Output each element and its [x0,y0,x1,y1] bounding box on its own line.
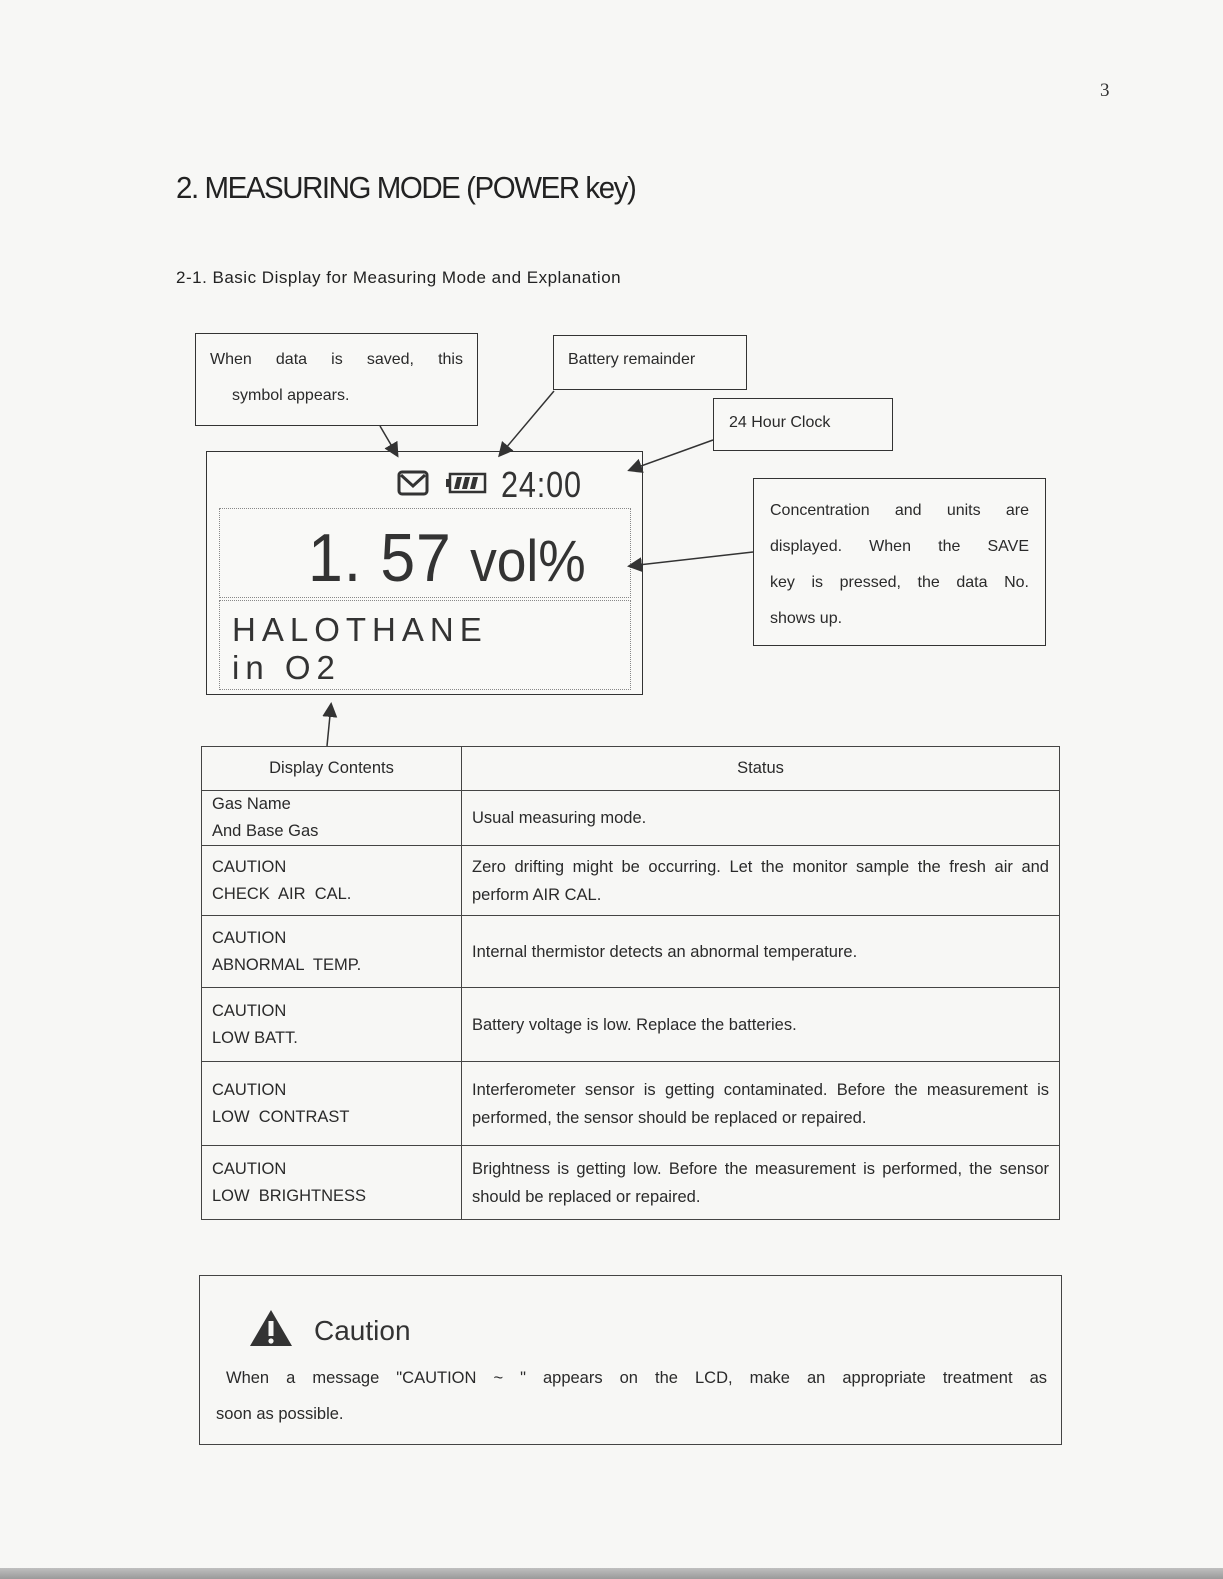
lcd-display: 24:00 1. 57 vol% HALOTHANE in O2 [206,451,643,695]
caution-heading: Caution [248,1308,411,1353]
scan-bottom-edge [0,1568,1223,1579]
status-cell: Internal thermistor detects an abnormal … [462,916,1060,988]
table-row: Gas NameAnd Base GasUsual measuring mode… [202,791,1060,846]
display-line: LOW CONTRAST [212,1104,451,1131]
page-number: 3 [1100,80,1110,102]
display-line: And Base Gas [212,818,451,845]
display-contents-cell: CAUTIONCHECK AIR CAL. [202,846,462,916]
lcd-status-bar: 24:00 [397,464,596,506]
concentration-value: 1. 57 [308,520,452,596]
warning-triangle-icon [248,1308,294,1353]
caution-text: When a message "CAUTION ~ " appears on t… [216,1360,1047,1432]
callout-save-line1: When data is saved, this [210,349,463,371]
callout-clock: 24 Hour Clock [713,398,893,451]
lcd-concentration: 1. 57 vol% [308,519,586,597]
display-contents-cell: CAUTIONLOW BATT. [202,988,462,1062]
lcd-value-area: 1. 57 vol% [219,508,631,598]
status-cell: Battery voltage is low. Replace the batt… [462,988,1060,1062]
table-header-row: Display Contents Status [202,747,1060,791]
callout-concentration: Concentration and units are displayed. W… [753,478,1046,646]
envelope-icon [397,470,429,501]
display-line: Gas Name [212,791,451,818]
section-title: 2. MEASURING MODE (POWER key) [176,170,635,206]
display-line: CAUTION [212,1077,451,1104]
caution-box: Caution When a message "CAUTION ~ " appe… [199,1275,1062,1445]
display-contents-cell: Gas NameAnd Base Gas [202,791,462,846]
display-line: CAUTION [212,998,451,1025]
callout-save-line2: symbol appears. [210,385,463,407]
concentration-unit: vol% [470,529,586,594]
table-row: CAUTIONLOW BRIGHTNESSBrightness is getti… [202,1146,1060,1220]
gas-name: HALOTHANE [232,611,488,649]
word: is [331,349,343,371]
callout-save-symbol: When data is saved, this symbol appears. [195,333,478,426]
battery-icon [445,472,487,499]
display-line: CHECK AIR CAL. [212,881,451,908]
status-cell: Interferometer sensor is getting contami… [462,1062,1060,1146]
callout-conc-line: displayed. When the SAVE [770,529,1029,565]
header-display-contents: Display Contents [202,747,462,791]
callout-conc-line: key is pressed, the data No. [770,565,1029,601]
caution-line1: When a message "CAUTION ~ " appears on t… [216,1360,1047,1396]
base-gas: in O2 [232,649,488,687]
display-line: ABNORMAL TEMP. [212,952,451,979]
display-contents-cell: CAUTIONLOW CONTRAST [202,1062,462,1146]
callout-conc-line: shows up. [770,601,1029,637]
lcd-clock: 24:00 [501,464,582,506]
caution-title: Caution [314,1315,411,1347]
table-row: CAUTIONLOW BATT.Battery voltage is low. … [202,988,1060,1062]
status-table: Display Contents Status Gas NameAnd Base… [201,746,1060,1220]
callout-conc-line: Concentration and units are [770,493,1029,529]
lcd-gas-text: HALOTHANE in O2 [232,611,488,687]
display-line: CAUTION [212,925,451,952]
word: saved, [367,349,414,371]
subsection-title: 2-1. Basic Display for Measuring Mode an… [176,268,621,288]
table-row: CAUTIONCHECK AIR CAL.Zero drifting might… [202,846,1060,916]
status-cell: Usual measuring mode. [462,791,1060,846]
display-line: CAUTION [212,854,451,881]
callout-battery: Battery remainder [553,335,747,390]
header-status: Status [462,747,1060,791]
word: this [438,349,463,371]
word: data [276,349,307,371]
display-line: LOW BRIGHTNESS [212,1183,451,1210]
word: When [210,349,252,371]
display-contents-cell: CAUTIONABNORMAL TEMP. [202,916,462,988]
display-line: LOW BATT. [212,1025,451,1052]
table-row: CAUTIONABNORMAL TEMP.Internal thermistor… [202,916,1060,988]
table-body: Gas NameAnd Base GasUsual measuring mode… [202,791,1060,1220]
display-contents-cell: CAUTIONLOW BRIGHTNESS [202,1146,462,1220]
lcd-gas-area: HALOTHANE in O2 [219,600,631,690]
display-line: CAUTION [212,1156,451,1183]
status-cell: Brightness is getting low. Before the me… [462,1146,1060,1220]
status-cell: Zero drifting might be occurring. Let th… [462,846,1060,916]
table-row: CAUTIONLOW CONTRASTInterferometer sensor… [202,1062,1060,1146]
caution-line2: soon as possible. [216,1405,344,1423]
